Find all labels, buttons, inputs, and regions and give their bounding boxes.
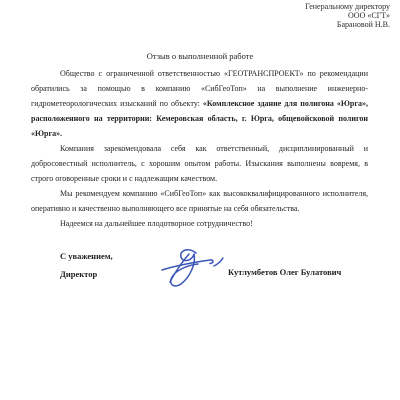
- paragraph-evaluation: Компания зарекомендовала себя как ответс…: [31, 141, 368, 186]
- addressee-line-recipient-name: Барановой Н.В.: [305, 20, 390, 29]
- paragraph-recommendation: Мы рекомендуем компанию «СибГеоТоп» как …: [31, 186, 368, 216]
- letter-title: Отзыв о выполненной работе: [0, 51, 400, 61]
- letter-body: Общество с ограниченной ответственностью…: [31, 66, 368, 231]
- letter-page: Генеральному директору ООО «СГТ» Баранов…: [0, 0, 400, 400]
- paragraph-cooperation-wish: Надеемся на дальнейшее плодотворное сотр…: [31, 216, 368, 231]
- signatory-position: Директор: [60, 269, 97, 279]
- signatory-name: Кутлумбетов Олег Булатович: [228, 267, 341, 277]
- addressee-line-company: ООО «СГТ»: [305, 11, 390, 20]
- signature-diagonal-stroke: [170, 254, 189, 282]
- addressee-line-recipient-title: Генеральному директору: [305, 2, 390, 11]
- signature-end-tick: [214, 258, 223, 266]
- paragraph-introduction: Общество с ограниченной ответственностью…: [31, 66, 368, 141]
- signature-closing: С уважением,: [60, 251, 113, 261]
- handwritten-signature: [156, 246, 228, 294]
- addressee-block: Генеральному директору ООО «СГТ» Баранов…: [305, 2, 390, 29]
- signature-loop-stroke: [171, 250, 198, 286]
- signature-horizontal-stroke: [162, 260, 213, 270]
